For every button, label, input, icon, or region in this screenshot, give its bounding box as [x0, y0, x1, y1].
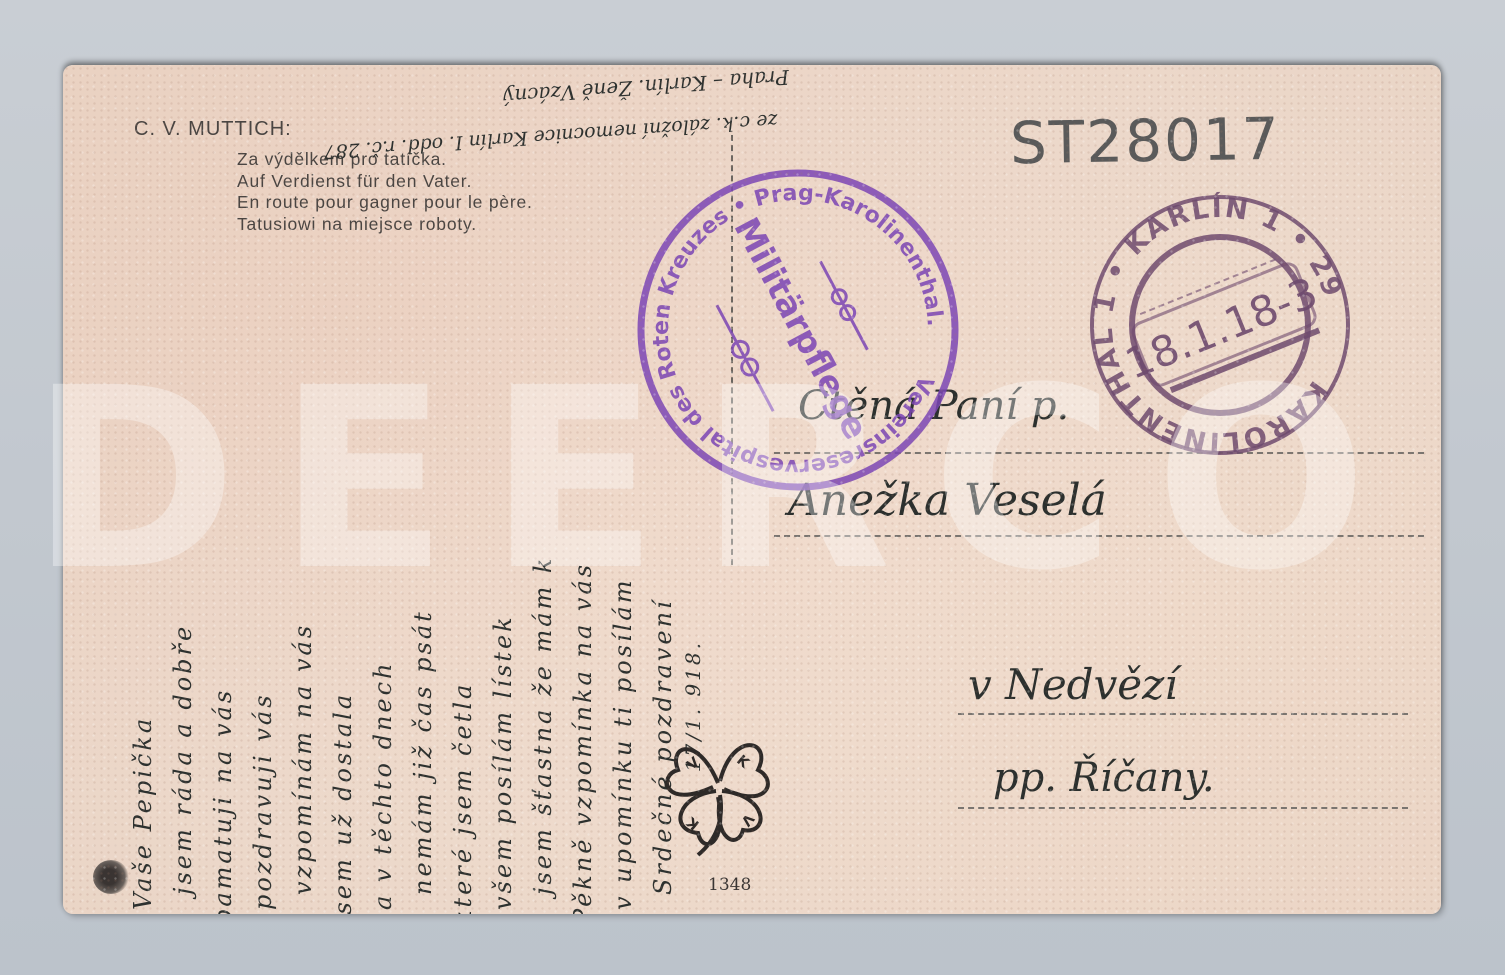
- message-column: Pěkně vzpomínka na vás: [563, 245, 603, 914]
- message-column: jsem šťastna že mám k: [523, 215, 563, 895]
- message-column: všem posílám lístek: [483, 230, 523, 910]
- address-line-3: [958, 713, 1408, 715]
- ink-blot: [93, 860, 129, 894]
- address-line-4: [958, 807, 1408, 809]
- handwriting-top-margin-2: Praha – Karlín. Ženě Vzácný: [503, 65, 790, 109]
- message-column: které jsem četla: [443, 245, 483, 914]
- artist-credit: C. V. MUTTICH:: [134, 118, 292, 141]
- message-column: pamatuji na vás: [203, 245, 243, 914]
- postcard: C. V. MUTTICH: Za výdělkem pro tatíčka. …: [63, 65, 1441, 914]
- message-column: pozdravuji vás: [243, 230, 283, 910]
- stamp-center-text: Militärpflege: [726, 211, 876, 446]
- svg-text:V: V: [737, 810, 756, 829]
- four-leaf-clover-icon: V K K V: [658, 725, 778, 870]
- message-column: nemám již čas psát: [403, 215, 443, 895]
- message-column: jsem už dostala: [323, 245, 363, 914]
- address-town: v Nedvězí: [968, 660, 1178, 709]
- address-post: pp. Říčany.: [993, 755, 1215, 801]
- message-column: Vaše Pepička: [123, 230, 163, 910]
- message-column: vzpomínám na vás: [283, 215, 323, 895]
- handwriting-top-margin: ze c.k. záložní nemocnice Karlín I. odd.…: [323, 109, 779, 163]
- stock-number: ST28017: [1009, 105, 1281, 178]
- caption-block: Za výdělkem pro tatíčka. Auf Verdienst f…: [237, 149, 533, 235]
- caption-german: Auf Verdienst für den Vater.: [237, 171, 533, 193]
- serial-number: 1348: [708, 875, 751, 895]
- message-column: jsem ráda a dobře: [163, 215, 203, 895]
- caption-french: En route pour gagner pour le père.: [237, 192, 533, 214]
- svg-text:K: K: [733, 752, 752, 772]
- message-column: a v těchto dnech: [363, 230, 403, 910]
- address-line-2: [774, 535, 1424, 537]
